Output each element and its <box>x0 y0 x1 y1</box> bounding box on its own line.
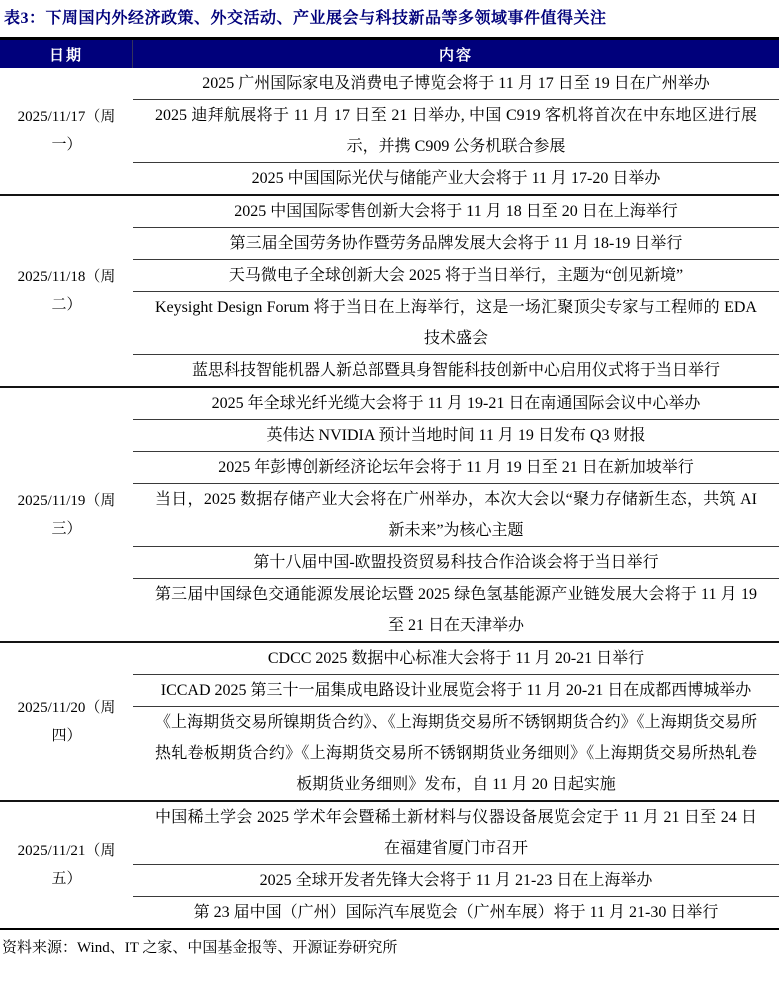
date-label: 2025/11/18（周二） <box>11 263 123 319</box>
event-cell: 当日，2025 数据存储产业大会将在广州举办，本次大会以“聚力存储新生态，共筑 … <box>133 483 779 546</box>
date-cell: 2025/11/20（周四） <box>0 643 133 800</box>
event-cell: 2025 年彭博创新经济论坛年会将于 11 月 19 日至 21 日在新加坡举行 <box>133 451 779 483</box>
date-group-row-1120: 2025/11/20（周四） CDCC 2025 数据中心标准大会将于 11 月… <box>0 641 779 800</box>
column-header-content: 内容 <box>133 40 779 68</box>
event-cell: 蓝思科技智能机器人新总部暨具身智能科技创新中心启用仪式将于当日举行 <box>133 354 779 386</box>
event-cell: 第十八届中国-欧盟投资贸易科技合作洽谈会将于当日举行 <box>133 546 779 578</box>
event-cell: ICCAD 2025 第三十一届集成电路设计业展览会将于 11 月 20-21 … <box>133 674 779 706</box>
event-cell: 2025 年全球光纤光缆大会将于 11 月 19-21 日在南通国际会议中心举办 <box>133 388 779 419</box>
event-cell: 天马微电子全球创新大会 2025 将于当日举行，主题为“创见新境” <box>133 259 779 291</box>
event-cell: 2025 迪拜航展将于 11 月 17 日至 21 日举办, 中国 C919 客… <box>133 99 779 162</box>
event-list: 2025 中国国际零售创新大会将于 11 月 18 日至 20 日在上海举行 第… <box>133 196 779 386</box>
column-header-date: 日期 <box>0 40 133 68</box>
event-cell: 第三届中国绿色交通能源发展论坛暨 2025 绿色氢基能源产业链发展大会将于 11… <box>133 578 779 641</box>
date-cell: 2025/11/18（周二） <box>0 196 133 386</box>
event-cell: 英伟达 NVIDIA 预计当地时间 11 月 19 日发布 Q3 财报 <box>133 419 779 451</box>
source-note: 资料来源：Wind、IT 之家、中国基金报等、开源证券研究所 <box>0 930 779 959</box>
date-cell: 2025/11/21（周五） <box>0 802 133 928</box>
event-cell: Keysight Design Forum 将于当日在上海举行，这是一场汇聚顶尖… <box>133 291 779 354</box>
event-cell: CDCC 2025 数据中心标准大会将于 11 月 20-21 日举行 <box>133 643 779 674</box>
event-list: 2025 广州国际家电及消费电子博览会将于 11 月 17 日至 19 日在广州… <box>133 68 779 194</box>
event-cell: 2025 中国国际零售创新大会将于 11 月 18 日至 20 日在上海举行 <box>133 196 779 227</box>
event-cell: 《上海期货交易所镍期货合约》、《上海期货交易所不锈钢期货合约》《上海期货交易所热… <box>133 706 779 800</box>
event-cell: 第三届全国劳务协作暨劳务品牌发展大会将于 11 月 18-19 日举行 <box>133 227 779 259</box>
date-group-row-1118: 2025/11/18（周二） 2025 中国国际零售创新大会将于 11 月 18… <box>0 194 779 386</box>
date-group-row-1117: 2025/11/17（周一） 2025 广州国际家电及消费电子博览会将于 11 … <box>0 68 779 194</box>
date-label: 2025/11/20（周四） <box>11 694 123 750</box>
date-cell: 2025/11/17（周一） <box>0 68 133 194</box>
event-cell: 2025 全球开发者先锋大会将于 11 月 21-23 日在上海举办 <box>133 864 779 896</box>
date-group-row-1119: 2025/11/19（周三） 2025 年全球光纤光缆大会将于 11 月 19-… <box>0 386 779 641</box>
table-header-row: 日期 内容 <box>0 37 779 68</box>
event-cell: 2025 中国国际光伏与储能产业大会将于 11 月 17-20 日举办 <box>133 162 779 194</box>
date-label: 2025/11/19（周三） <box>11 487 123 543</box>
event-cell: 中国稀土学会 2025 学术年会暨稀土新材料与仪器设备展览会定于 11 月 21… <box>133 802 779 864</box>
date-label: 2025/11/17（周一） <box>11 103 123 159</box>
event-list: 2025 年全球光纤光缆大会将于 11 月 19-21 日在南通国际会议中心举办… <box>133 388 779 641</box>
event-cell: 第 23 届中国（广州）国际汽车展览会（广州车展）将于 11 月 21-30 日… <box>133 896 779 928</box>
table-body: 2025/11/17（周一） 2025 广州国际家电及消费电子博览会将于 11 … <box>0 68 779 930</box>
date-cell: 2025/11/19（周三） <box>0 388 133 641</box>
date-group-row-1121: 2025/11/21（周五） 中国稀土学会 2025 学术年会暨稀土新材料与仪器… <box>0 800 779 928</box>
event-list: 中国稀土学会 2025 学术年会暨稀土新材料与仪器设备展览会定于 11 月 21… <box>133 802 779 928</box>
table-title: 表3：下周国内外经济政策、外交活动、产业展会与科技新品等多领域事件值得关注 <box>0 0 779 37</box>
event-cell: 2025 广州国际家电及消费电子博览会将于 11 月 17 日至 19 日在广州… <box>133 68 779 99</box>
report-table-page: 表3：下周国内外经济政策、外交活动、产业展会与科技新品等多领域事件值得关注 日期… <box>0 0 779 986</box>
event-list: CDCC 2025 数据中心标准大会将于 11 月 20-21 日举行 ICCA… <box>133 643 779 800</box>
date-label: 2025/11/21（周五） <box>11 837 123 893</box>
